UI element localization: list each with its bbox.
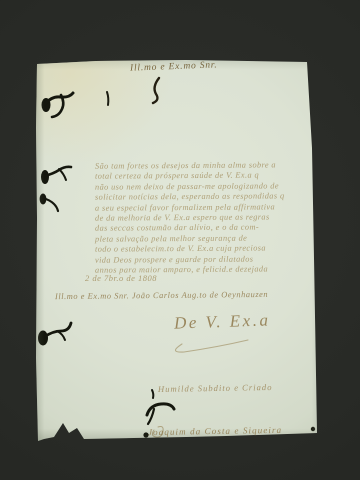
ink-blot <box>40 194 47 205</box>
letter-addressee: Ill.mo e Ex.mo Snr. João Carlos Aug.to d… <box>55 290 268 301</box>
letter-signature: Joaquim da Costa e Siqueira <box>148 425 282 437</box>
manuscript-photo: Ill.mo e Ex.mo Snr. São tam fortes os de… <box>0 0 360 480</box>
ink-blot <box>42 98 51 112</box>
ink-blot <box>152 390 153 398</box>
letter-closing: Humilde Subdito e Criado <box>158 382 273 394</box>
letter-valediction: De V. Ex.a <box>174 310 271 333</box>
ink-blot <box>38 331 48 346</box>
ink-blot <box>44 323 71 337</box>
heading-flourish <box>153 78 159 103</box>
ink-blot <box>57 331 65 340</box>
ink-blot <box>148 409 154 424</box>
ink-blot <box>52 95 63 117</box>
ink-tick <box>107 92 108 105</box>
ink-blot <box>43 198 58 211</box>
body-line: todo o estabelecim.to de V. Ex.a cuja pr… <box>95 243 285 255</box>
ink-blot <box>45 93 73 104</box>
ink-blot <box>41 170 49 184</box>
letter-date: 2 de 7br.o de 1808 <box>85 273 157 283</box>
letter-sheet: Ill.mo e Ex.mo Snr. São tam fortes os de… <box>36 58 320 444</box>
ink-blot <box>147 440 150 443</box>
ink-blot <box>311 427 315 431</box>
body-line: solicitar notícias dela, esperando as re… <box>95 192 285 204</box>
letter-heading: Ill.mo e Ex.mo Snr. <box>130 60 218 73</box>
valediction-swash <box>175 340 248 352</box>
letter-body: São tam fortes os desejos da minha alma … <box>95 161 284 275</box>
ink-blot <box>59 169 66 180</box>
ink-blot <box>147 404 174 415</box>
ink-blot <box>44 167 71 176</box>
